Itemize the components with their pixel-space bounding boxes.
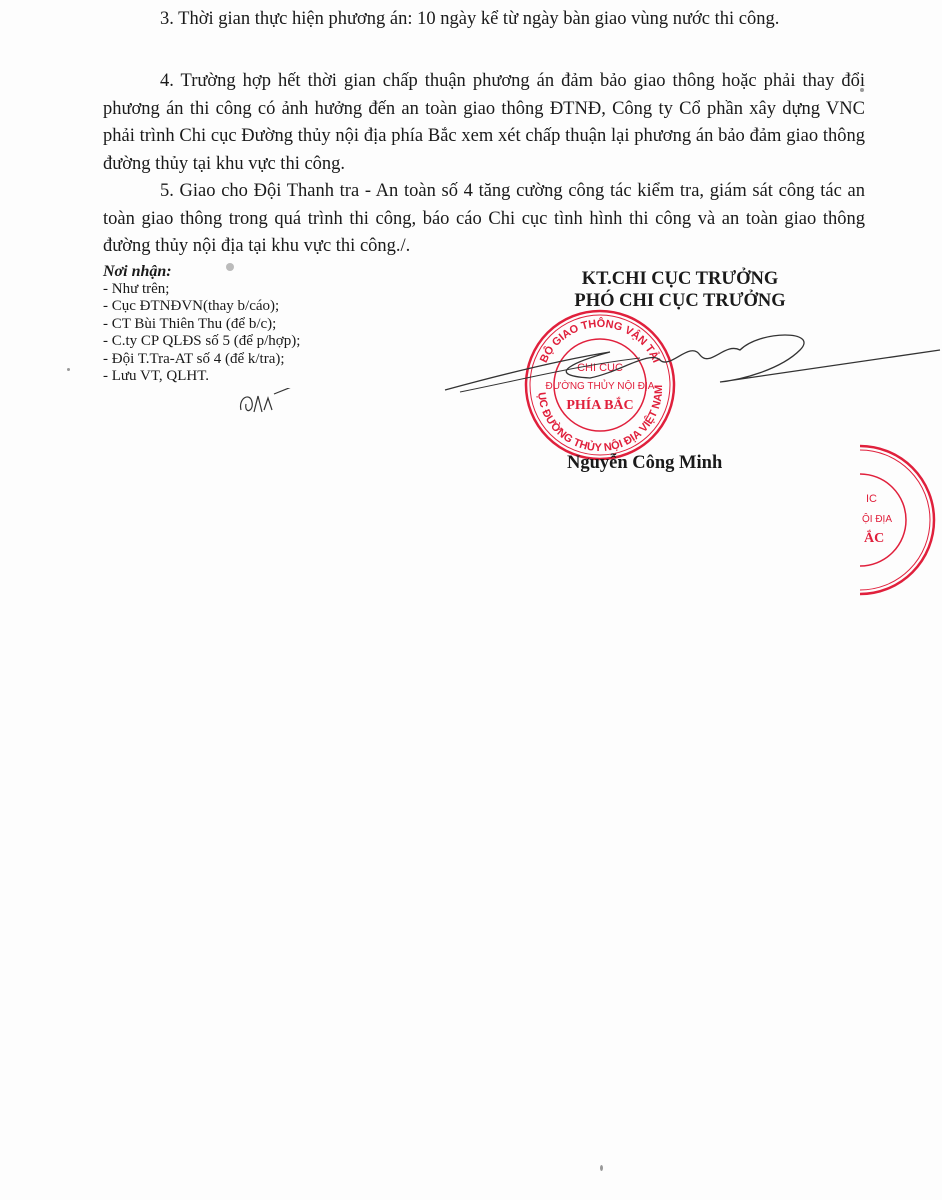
partial-stamp-edge: IC ỘI ĐỊA ẮC <box>860 440 942 600</box>
recipient-item: - Lưu VT, QLHT. <box>103 368 300 386</box>
recipient-item: - Như trên; <box>103 281 300 299</box>
paragraph-5: 5. Giao cho Đội Thanh tra - An toàn số 4… <box>103 178 865 261</box>
svg-text:IC: IC <box>866 493 877 505</box>
initials-mark <box>236 388 296 418</box>
signer-name: Nguyễn Công Minh <box>567 453 722 474</box>
paragraph-4: 4. Trường hợp hết thời gian chấp thuận p… <box>103 68 865 178</box>
scan-speck <box>67 368 70 371</box>
svg-text:ỘI ĐỊA: ỘI ĐỊA <box>862 512 892 525</box>
recipients-title: Nơi nhận: <box>103 263 300 281</box>
recipient-item: - C.ty CP QLĐS số 5 (để p/hợp); <box>103 333 300 351</box>
handwritten-signature <box>440 320 942 410</box>
scan-speck <box>226 263 234 271</box>
paragraph-3: 3. Thời gian thực hiện phương án: 10 ngà… <box>103 6 865 34</box>
scan-speck <box>860 88 864 92</box>
signature-title-line1: KT.CHI CỤC TRƯỞNG <box>540 268 820 290</box>
scan-speck <box>600 1165 603 1171</box>
recipient-item: - Cục ĐTNĐVN(thay b/cáo); <box>103 298 300 316</box>
recipient-item: - Đội T.Tra-AT số 4 (để k/tra); <box>103 351 300 369</box>
recipient-item: - CT Bùi Thiên Thu (để b/c); <box>103 316 300 334</box>
recipients-block: Nơi nhận: - Như trên; - Cục ĐTNĐVN(thay … <box>103 263 300 386</box>
svg-text:ẮC: ẮC <box>864 529 884 546</box>
